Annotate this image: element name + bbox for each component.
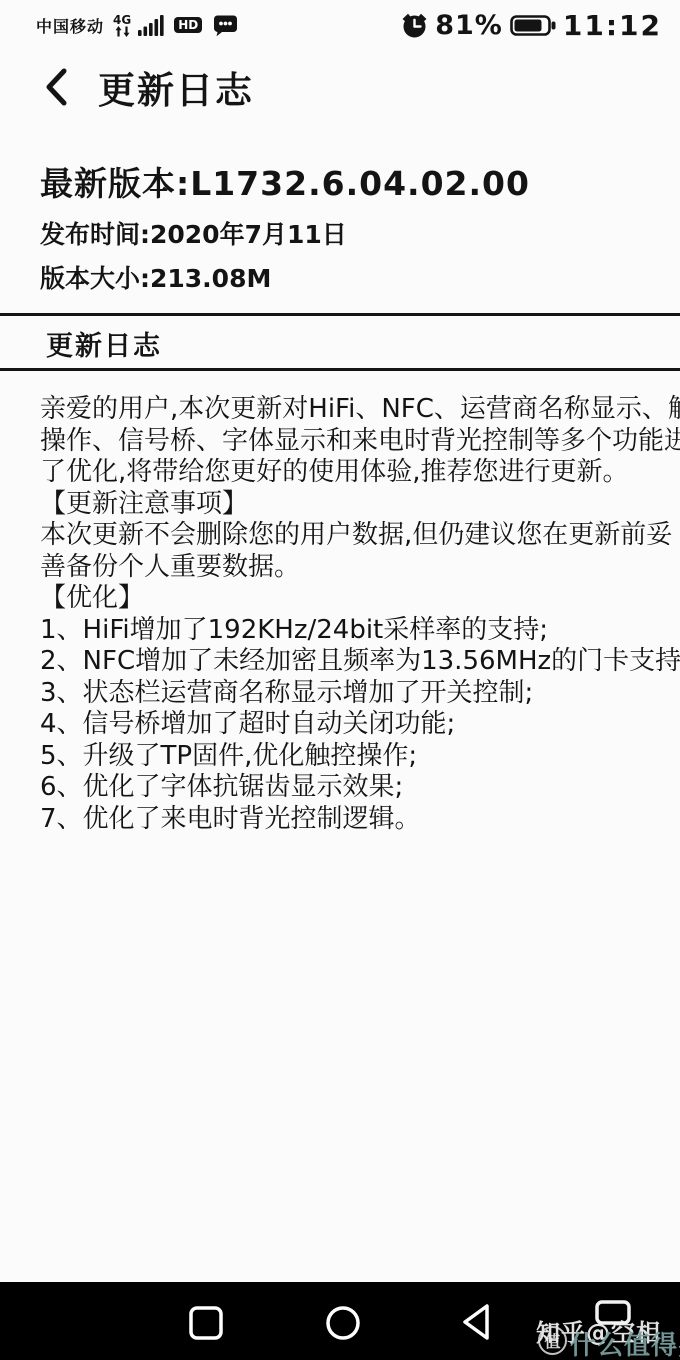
changelog-line: 1、HiFi增加了192KHz/24bit采样率的支持; bbox=[40, 615, 670, 647]
time-label: 11:12 bbox=[563, 9, 662, 42]
changelog-line: 【优化】 bbox=[40, 583, 670, 615]
package-size-label: 版本大小:213.08M bbox=[40, 259, 271, 295]
message-icon bbox=[213, 14, 238, 37]
changelog-line: 本次更新不会删除您的用户数据,但仍建议您在更新前妥 bbox=[40, 520, 670, 552]
changelog-line: 3、状态栏运营商名称显示增加了开关控制; bbox=[40, 678, 670, 710]
triangle-left-icon bbox=[457, 1301, 497, 1343]
alarm-clock-icon bbox=[401, 12, 428, 39]
section-divider-top bbox=[0, 313, 680, 316]
carrier-label: 中国移动 bbox=[36, 14, 104, 37]
smzdm-text-watermark: 什么值得买 bbox=[570, 1325, 680, 1360]
latest-version-label: 最新版本:L1732.6.04.02.00 bbox=[40, 158, 530, 205]
signal-bars-icon bbox=[138, 14, 164, 36]
battery-percent-label: 81% bbox=[435, 10, 503, 41]
page-title: 更新日志 bbox=[98, 60, 254, 114]
changelog-line: 了优化,将带给您更好的使用体验,推荐您进行更新。 bbox=[40, 457, 670, 489]
network-type-label: 4G bbox=[113, 14, 131, 26]
changelog-line: 2、NFC增加了未经加密且频率为13.56MHz的门卡支持; bbox=[40, 646, 670, 678]
changelog-line: 亲爱的用户,本次更新对HiFi、NFC、运营商名称显示、触屏 bbox=[40, 394, 670, 426]
release-date-label: 发布时间:2020年7月11日 bbox=[40, 215, 347, 251]
status-bar: 中国移动 4G HD bbox=[36, 8, 662, 42]
home-button[interactable] bbox=[324, 1304, 362, 1342]
navigation-bar: 知乎@空相 值 什么值得买 bbox=[0, 1282, 680, 1360]
hd-voice-badge: HD bbox=[174, 17, 202, 33]
section-divider-bottom bbox=[0, 368, 680, 371]
changelog-line: 4、信号桥增加了超时自动关闭功能; bbox=[40, 709, 670, 741]
changelog-section-title: 更新日志 bbox=[46, 324, 162, 363]
changelog-line: 操作、信号桥、字体显示和来电时背光控制等多个功能进行 bbox=[40, 426, 670, 458]
smzdm-logo-watermark: 值 bbox=[538, 1326, 567, 1355]
changelog-body: 亲爱的用户,本次更新对HiFi、NFC、运营商名称显示、触屏 操作、信号桥、字体… bbox=[40, 394, 670, 835]
circle-icon bbox=[324, 1304, 362, 1342]
data-activity-arrows-icon bbox=[115, 26, 130, 37]
changelog-line: 善备份个人重要数据。 bbox=[40, 552, 670, 584]
recents-button[interactable] bbox=[187, 1304, 225, 1342]
back-chevron-icon[interactable] bbox=[44, 68, 68, 106]
changelog-line: 6、优化了字体抗锯齿显示效果; bbox=[40, 772, 670, 804]
changelog-line: 5、升级了TP固件,优化触控操作; bbox=[40, 741, 670, 773]
phone-screen: 中国移动 4G HD bbox=[0, 0, 680, 1360]
network-type-indicator: 4G bbox=[113, 14, 131, 37]
back-button[interactable] bbox=[457, 1301, 497, 1343]
square-icon bbox=[187, 1304, 225, 1342]
changelog-line: 7、优化了来电时背光控制逻辑。 bbox=[40, 804, 670, 836]
changelog-line: 【更新注意事项】 bbox=[40, 489, 670, 521]
page-header: 更新日志 bbox=[44, 60, 254, 114]
battery-icon bbox=[510, 14, 556, 37]
